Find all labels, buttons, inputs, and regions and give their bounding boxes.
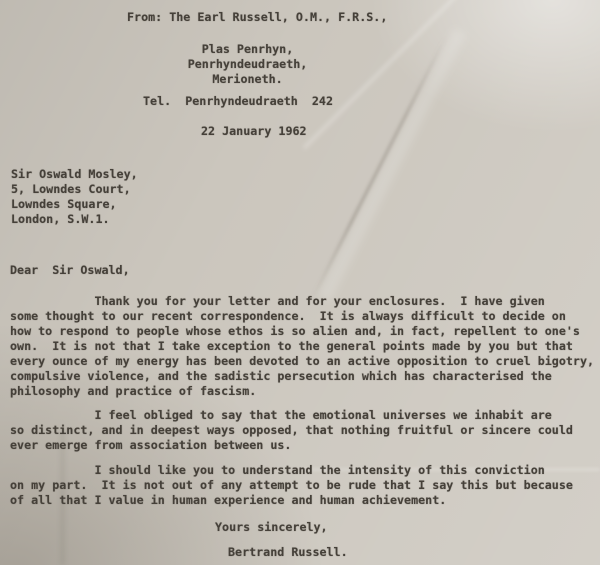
paragraph-3: I should like you to understand the inte… xyxy=(10,463,573,508)
signature: Bertrand Russell. xyxy=(228,545,348,560)
text-line: Thank you for your letter and for your e… xyxy=(10,294,594,309)
text-line: Sir Oswald Mosley, xyxy=(11,167,138,182)
text-line: I feel obliged to say that the emotional… xyxy=(10,408,573,423)
text-line: some thought to our recent correspondenc… xyxy=(10,309,594,324)
paragraph-2: I feel obliged to say that the emotional… xyxy=(10,408,573,453)
sender-line: From: The Earl Russell, O.M., F.R.S., xyxy=(127,10,387,25)
text-line: of all that I value in human experience … xyxy=(10,493,573,508)
text-line: own. It is not that I take exception to … xyxy=(10,339,594,354)
text-line: so distinct, and in deepest ways opposed… xyxy=(10,423,573,438)
date-line: 22 January 1962 xyxy=(201,124,307,139)
text-line: London, S.W.1. xyxy=(11,212,138,227)
text-line: 5, Lowndes Court, xyxy=(11,182,138,197)
text-line: on my part. It is not out of any attempt… xyxy=(10,478,573,493)
sender-address: Plas Penrhyn,Penrhyndeudraeth,Merioneth. xyxy=(150,42,345,87)
telephone-line: Tel. Penrhyndeudraeth 242 xyxy=(143,94,333,109)
salutation: Dear Sir Oswald, xyxy=(10,263,130,278)
text-line: compulsive violence, and the sadistic pe… xyxy=(10,369,594,384)
text-line: I should like you to understand the inte… xyxy=(10,463,573,478)
text-line: Penrhyndeudraeth, xyxy=(150,57,345,72)
paragraph-1: Thank you for your letter and for your e… xyxy=(10,294,594,399)
text-line: how to respond to people whose ethos is … xyxy=(10,324,594,339)
closing: Yours sincerely, xyxy=(215,520,328,535)
text-line: ever emerge from association between us. xyxy=(10,438,573,453)
text-line: Lowndes Square, xyxy=(11,197,138,212)
text-line: philosophy and practice of fascism. xyxy=(10,384,594,399)
recipient-address: Sir Oswald Mosley,5, Lowndes Court,Lownd… xyxy=(11,167,138,227)
letter-photo: From: The Earl Russell, O.M., F.R.S., Pl… xyxy=(0,0,600,565)
text-line: every ounce of my energy has been devote… xyxy=(10,354,594,369)
text-line: Plas Penrhyn, xyxy=(150,42,345,57)
text-line: Merioneth. xyxy=(150,72,345,87)
